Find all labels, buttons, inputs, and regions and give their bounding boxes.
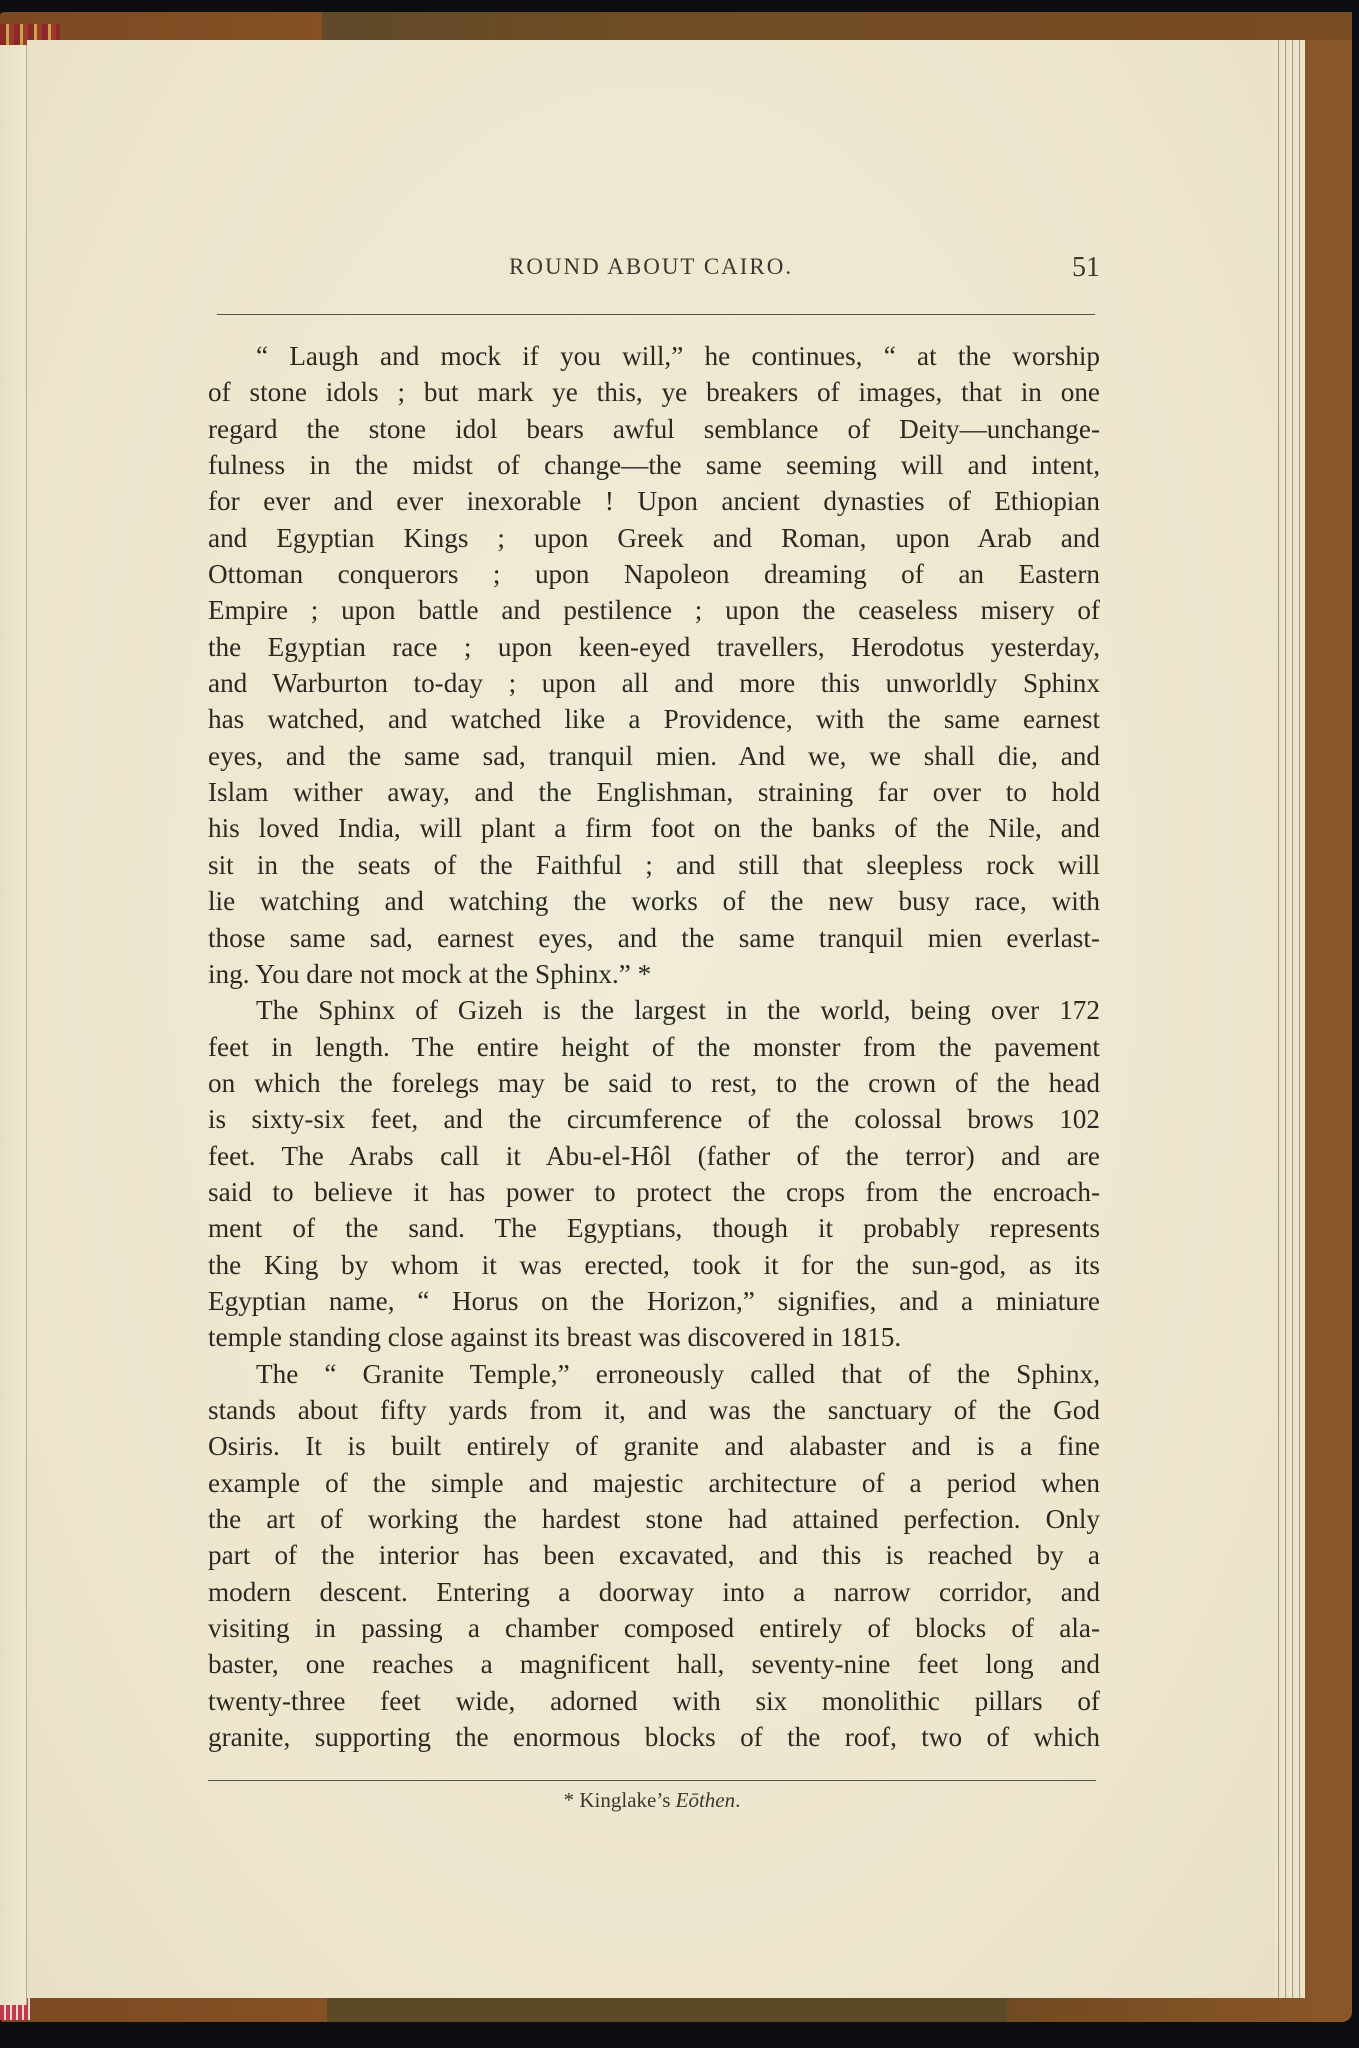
text-line: Ottoman conquerors ; upon Napoleon dream… bbox=[208, 556, 1100, 592]
footnote: * Kinglake’s Eōthen. bbox=[27, 1788, 1277, 1813]
text-line: the King by whom it was erected, took it… bbox=[208, 1247, 1100, 1283]
text-line: the Egyptian race ; upon keen-eyed trave… bbox=[208, 629, 1100, 665]
page-fore-edge bbox=[1275, 40, 1305, 1998]
text-line: those same sad, earnest eyes, and the sa… bbox=[208, 920, 1100, 956]
text-line: and Warburton to-day ; upon all and more… bbox=[208, 665, 1100, 701]
footnote-marker: * Kinglake’s bbox=[564, 1788, 676, 1812]
text-line: part of the interior has been excavated,… bbox=[208, 1537, 1100, 1573]
text-line: fulness in the midst of change—the same … bbox=[208, 447, 1100, 483]
text-line: Osiris. It is built entirely of granite … bbox=[208, 1428, 1100, 1464]
text-line: for ever and ever inexorable ! Upon anci… bbox=[208, 483, 1100, 519]
text-line: modern descent. Entering a doorway into … bbox=[208, 1574, 1100, 1610]
running-head: ROUND ABOUT CAIRO. bbox=[509, 254, 793, 280]
text-line: the art of working the hardest stone had… bbox=[208, 1501, 1100, 1537]
text-line: ment of the sand. The Egyptians, though … bbox=[208, 1210, 1100, 1246]
left-page-edge bbox=[0, 45, 27, 2005]
text-line: said to believe it has power to protect … bbox=[208, 1174, 1100, 1210]
text-line: of stone idols ; but mark ye this, ye br… bbox=[208, 374, 1100, 410]
text-line: The “ Granite Temple,” erroneously calle… bbox=[208, 1356, 1100, 1392]
footnote-title: Eōthen bbox=[676, 1788, 735, 1812]
footnote-rule bbox=[208, 1780, 1096, 1781]
body-text: “ Laugh and mock if you will,” he contin… bbox=[208, 338, 1100, 1755]
text-line: is sixty-six feet, and the circumference… bbox=[208, 1101, 1100, 1137]
footnote-end: . bbox=[735, 1788, 740, 1812]
text-line: lie watching and watching the works of t… bbox=[208, 883, 1100, 919]
text-line: example of the simple and majestic archi… bbox=[208, 1465, 1100, 1501]
text-line: regard the stone idol bears awful sembla… bbox=[208, 411, 1100, 447]
text-line: “ Laugh and mock if you will,” he contin… bbox=[208, 338, 1100, 374]
text-line: The Sphinx of Gizeh is the largest in th… bbox=[208, 992, 1100, 1028]
text-line: granite, supporting the enormous blocks … bbox=[208, 1719, 1100, 1755]
cover-bottom-edge bbox=[327, 1998, 1007, 2022]
page-number: 51 bbox=[1072, 252, 1100, 284]
text-line: and Egyptian Kings ; upon Greek and Roma… bbox=[208, 520, 1100, 556]
text-line: sit in the seats of the Faithful ; and s… bbox=[208, 847, 1100, 883]
book-page: ROUND ABOUT CAIRO. 51 “ Laugh and mock i… bbox=[27, 40, 1277, 1998]
text-line: feet in length. The entire height of the… bbox=[208, 1029, 1100, 1065]
text-line: twenty-three feet wide, adorned with six… bbox=[208, 1683, 1100, 1719]
text-line: has watched, and watched like a Providen… bbox=[208, 701, 1100, 737]
text-line: temple standing close against its breast… bbox=[208, 1319, 1100, 1355]
text-line: feet. The Arabs call it Abu-el-Hôl (fath… bbox=[208, 1138, 1100, 1174]
text-line: Islam wither away, and the Englishman, s… bbox=[208, 774, 1100, 810]
text-line: his loved India, will plant a firm foot … bbox=[208, 810, 1100, 846]
text-line: visiting in passing a chamber composed e… bbox=[208, 1610, 1100, 1646]
header-rule bbox=[217, 314, 1095, 315]
cover-top-edge bbox=[322, 12, 1352, 40]
text-line: eyes, and the same sad, tranquil mien. A… bbox=[208, 738, 1100, 774]
text-line: stands about fifty yards from it, and wa… bbox=[208, 1392, 1100, 1428]
text-line: baster, one reaches a magnificent hall, … bbox=[208, 1646, 1100, 1682]
text-line: ing. You dare not mock at the Sphinx.” * bbox=[208, 956, 1100, 992]
text-line: Empire ; upon battle and pestilence ; up… bbox=[208, 592, 1100, 628]
text-line: on which the forelegs may be said to res… bbox=[208, 1065, 1100, 1101]
text-line: Egyptian name, “ Horus on the Horizon,” … bbox=[208, 1283, 1100, 1319]
